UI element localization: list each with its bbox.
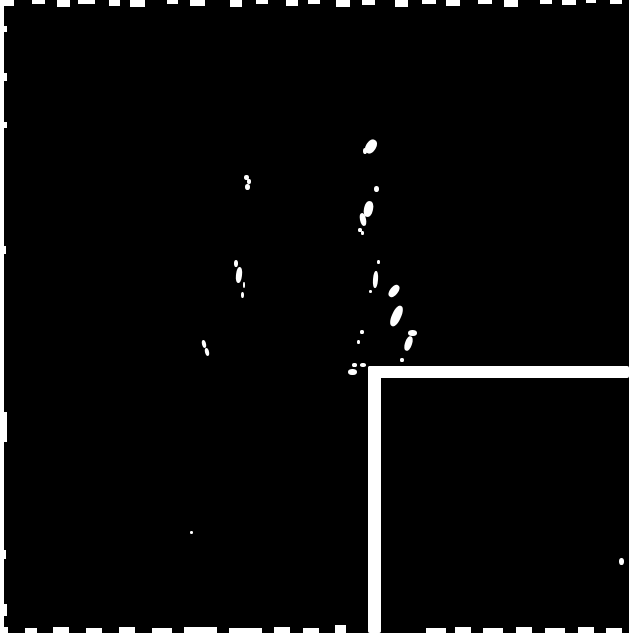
white-shape: [387, 283, 402, 299]
white-shape: [241, 292, 244, 298]
white-shape: [403, 335, 414, 351]
white-shape: [372, 271, 378, 288]
white-shape: [400, 358, 404, 362]
white-shape: [369, 290, 372, 293]
white-shape: [245, 184, 250, 190]
white-shape: [204, 348, 210, 357]
white-shape: [348, 369, 357, 375]
white-shape: [388, 304, 405, 328]
white-shape: [357, 340, 360, 344]
thresholded-image: [0, 0, 629, 633]
white-shape: [361, 231, 364, 235]
white-shape: [235, 267, 243, 284]
white-shape: [377, 260, 380, 264]
white-shape: [352, 363, 357, 367]
white-shape: [360, 330, 364, 334]
white-shape: [619, 558, 624, 565]
white-shape: [368, 610, 371, 618]
white-shape: [368, 568, 371, 576]
white-blobs: [0, 0, 629, 633]
white-shape: [363, 148, 367, 154]
white-shape: [360, 363, 366, 367]
white-shape: [190, 531, 193, 534]
white-shape: [234, 260, 238, 267]
white-shape: [374, 186, 379, 192]
white-shape: [243, 282, 245, 288]
